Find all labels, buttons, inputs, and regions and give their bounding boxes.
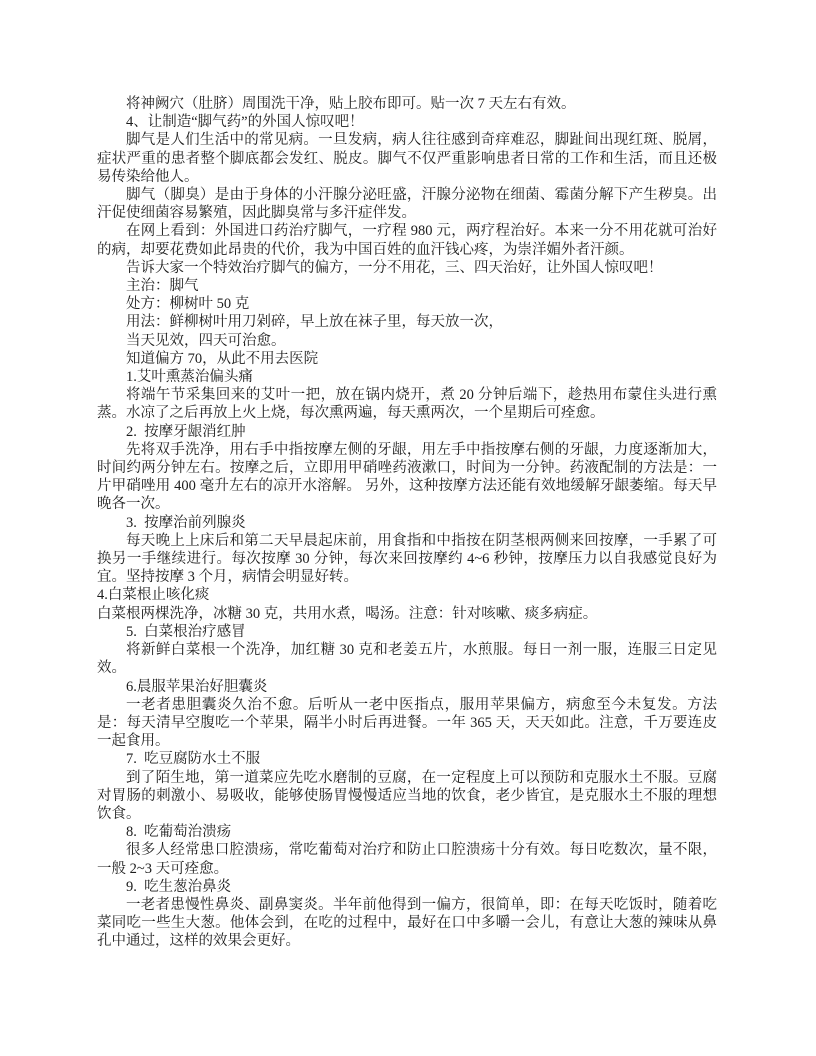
paragraph-imported-medicine-cost: 在网上看到：外国进口药治疗脚气，一疗程 980 元，两疗程治好。本来一分不用花就… <box>97 222 717 258</box>
line-70-remedies-intro: 知道偏方 70，从此不用去医院 <box>97 350 717 368</box>
paragraph-remedy-5-body: 将新鲜白菜根一个洗净，加红糖 30 克和老姜五片，水煎服。每日一剂一服，连服三日… <box>97 641 717 677</box>
paragraph-remedy-9-body: 一老者患慢性鼻炎、副鼻窦炎。半年前他得到一偏方，很简单，即：在每天吃饭时，随着吃… <box>97 896 717 951</box>
paragraph-foot-odor-cause: 脚气（脚臭）是由于身体的小汗腺分泌旺盛，汗腺分泌物在细菌、霉菌分解下产生秽臭。出… <box>97 186 717 222</box>
paragraph-remedy-6-body: 一老者患胆囊炎久治不愈。后听从一老中医指点，服用苹果偏方，病愈至今未复发。方法是… <box>97 696 717 751</box>
paragraph-athletes-foot-intro: 脚气是人们生活中的常见病。一旦发病，病人往往感到奇痒难忍，脚趾间出现红斑、脱屑，… <box>97 131 717 186</box>
line-usage: 用法：鲜柳树叶用刀剁碎，早上放在袜子里，每天放一次， <box>97 313 717 331</box>
paragraph-remedy-4-body: 白菜根两棵洗净，冰糖 30 克，共用水煮，喝汤。注意：针对咳嗽、痰多病症。 <box>97 605 717 623</box>
paragraph-remedy-3-body: 每天晚上上床后和第二天早晨起床前，用食指和中指按在阴茎根两侧来回按摩，一手累了可… <box>97 532 717 587</box>
paragraph-remedy-8-body: 很多人经常患口腔溃疡，常吃葡萄对治疗和防止口腔溃疡十分有效。每日吃数次，量不限，… <box>97 841 717 877</box>
line-indication: 主治：脚气 <box>97 277 717 295</box>
heading-remedy-5-cabbage-root-cold: 5. 白菜根治疗感冒 <box>97 623 717 641</box>
paragraph-remedy-7-body: 到了陌生地，第一道菜应先吃水磨制的豆腐，在一定程度上可以预防和克服水土不服。豆腐… <box>97 769 717 824</box>
heading-remedy-9-scallion-rhinitis: 9. 吃生葱治鼻炎 <box>97 878 717 896</box>
line-prescription: 处方：柳树叶 50 克 <box>97 295 717 313</box>
paragraph-navel-remedy: 将神阙穴（肚脐）周围洗干净，贴上胶布即可。贴一次 7 天左右有效。 <box>97 95 717 113</box>
heading-remedy-4-cabbage-root-cough: 4.白菜根止咳化痰 <box>97 586 717 604</box>
heading-remedy-8-grape-ulcer: 8. 吃葡萄治溃疡 <box>97 823 717 841</box>
paragraph-free-remedy-claim: 告诉大家一个特效治疗脚气的偏方，一分不用花，三、四天治好，让外国人惊叹吧！ <box>97 259 717 277</box>
heading-remedy-2-gum-massage: 2. 按摩牙龈消红肿 <box>97 423 717 441</box>
paragraph-remedy-2-body: 先将双手洗净，用右手中指按摩左侧的牙龈，用左手中指按摩右侧的牙龈，力度逐渐加大，… <box>97 441 717 514</box>
heading-remedy-7-tofu-acclimation: 7. 吃豆腐防水土不服 <box>97 750 717 768</box>
line-effect-time: 当天见效，四天可治愈。 <box>97 332 717 350</box>
paragraph-remedy-1-body: 将端午节采集回来的艾叶一把，放在锅内烧开，煮 20 分钟后端下，趁热用布蒙住头进… <box>97 386 717 422</box>
heading-remedy-3-prostate-massage: 3. 按摩治前列腺炎 <box>97 514 717 532</box>
heading-remedy-1-mugwort: 1.艾叶熏蒸治偏头痛 <box>97 368 717 386</box>
document-page: 将神阙穴（肚脐）周围洗干净，贴上胶布即可。贴一次 7 天左右有效。 4、让制造“… <box>0 0 816 1056</box>
heading-foot-odor-remedy: 4、让制造“脚气药”的外国人惊叹吧！ <box>97 113 717 131</box>
heading-remedy-6-apple-gallbladder: 6.晨服苹果治好胆囊炎 <box>97 678 717 696</box>
